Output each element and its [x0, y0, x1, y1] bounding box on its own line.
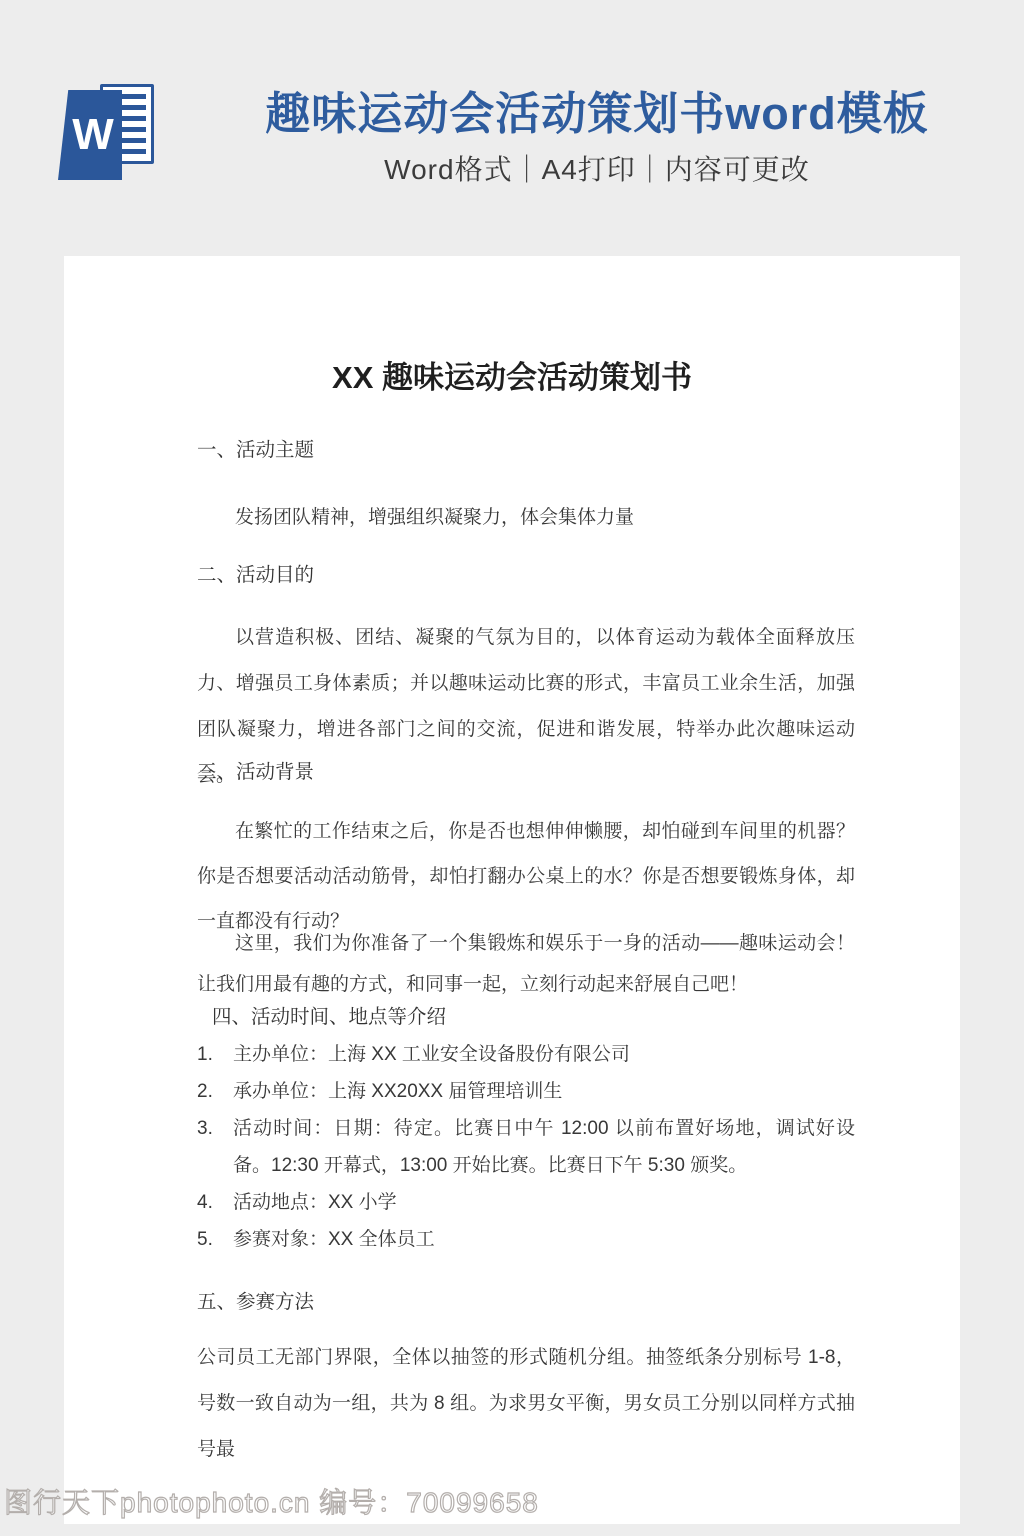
section-heading-5: 五、参赛方法	[197, 1289, 855, 1315]
list-item-number: 2.	[197, 1073, 233, 1110]
list-item-number: 1.	[197, 1036, 233, 1073]
list-item: 2. 承办单位：上海 XX20XX 届管理培训生	[197, 1073, 855, 1110]
list-item-number: 3.	[197, 1110, 233, 1184]
word-icon-letter: W	[66, 113, 114, 157]
section-5-paragraph: 公司员工无部门界限，全体以抽签的形式随机分组。抽签纸条分别标号 1-8，号数一致…	[197, 1335, 855, 1473]
list-item: 1. 主办单位：上海 XX 工业安全设备股份有限公司	[197, 1036, 855, 1073]
list-item-text: 活动时间：日期：待定。比赛日中午 12:00 以前布置好场地，调试好设备。12:…	[233, 1110, 855, 1184]
list-item-number: 5.	[197, 1221, 233, 1258]
list-item: 5. 参赛对象：XX 全体员工	[197, 1221, 855, 1258]
section-heading-4: 四、活动时间、地点等介绍	[197, 1004, 855, 1030]
doc-title: XX 趣味运动会活动策划书	[64, 360, 960, 396]
section-heading-1: 一、活动主题	[197, 437, 855, 463]
section-heading-2: 二、活动目的	[197, 562, 855, 588]
list-item-text: 主办单位：上海 XX 工业安全设备股份有限公司	[233, 1036, 855, 1073]
section-3-paragraph-2: 这里，我们为你准备了一个集锻炼和娱乐于一身的活动——趣味运动会！让我们用最有趣的…	[197, 923, 855, 1005]
template-preview: W 趣味运动会活动策划书word模板 Word格式｜A4打印｜内容可更改 XX …	[0, 0, 1024, 1536]
template-title: 趣味运动会活动策划书word模板	[170, 88, 1024, 140]
word-icon-panel: W	[58, 90, 122, 180]
list-item-text: 活动地点：XX 小学	[233, 1184, 855, 1221]
list-item: 3. 活动时间：日期：待定。比赛日中午 12:00 以前布置好场地，调试好设备。…	[197, 1110, 855, 1184]
template-header: W 趣味运动会活动策划书word模板 Word格式｜A4打印｜内容可更改	[0, 0, 1024, 256]
section-heading-3: 三、活动背景	[197, 759, 855, 785]
site-watermark: 图行天下photophoto.cn 编号：70099658	[4, 1486, 539, 1520]
template-subtitle: Word格式｜A4打印｜内容可更改	[170, 154, 1024, 186]
list-item-text: 参赛对象：XX 全体员工	[233, 1221, 855, 1258]
document-page: XX 趣味运动会活动策划书 一、活动主题 发扬团队精神，增强组织凝聚力，体会集体…	[64, 256, 960, 1524]
list-item-number: 4.	[197, 1184, 233, 1221]
list-item-text: 承办单位：上海 XX20XX 届管理培训生	[233, 1073, 855, 1110]
list-item: 4. 活动地点：XX 小学	[197, 1184, 855, 1221]
section-1-paragraph: 发扬团队精神，增强组织凝聚力，体会集体力量	[197, 495, 855, 541]
word-icon: W	[58, 82, 162, 180]
header-text: 趣味运动会活动策划书word模板 Word格式｜A4打印｜内容可更改	[170, 88, 1024, 186]
numbered-list: 1. 主办单位：上海 XX 工业安全设备股份有限公司 2. 承办单位：上海 XX…	[197, 1036, 855, 1258]
